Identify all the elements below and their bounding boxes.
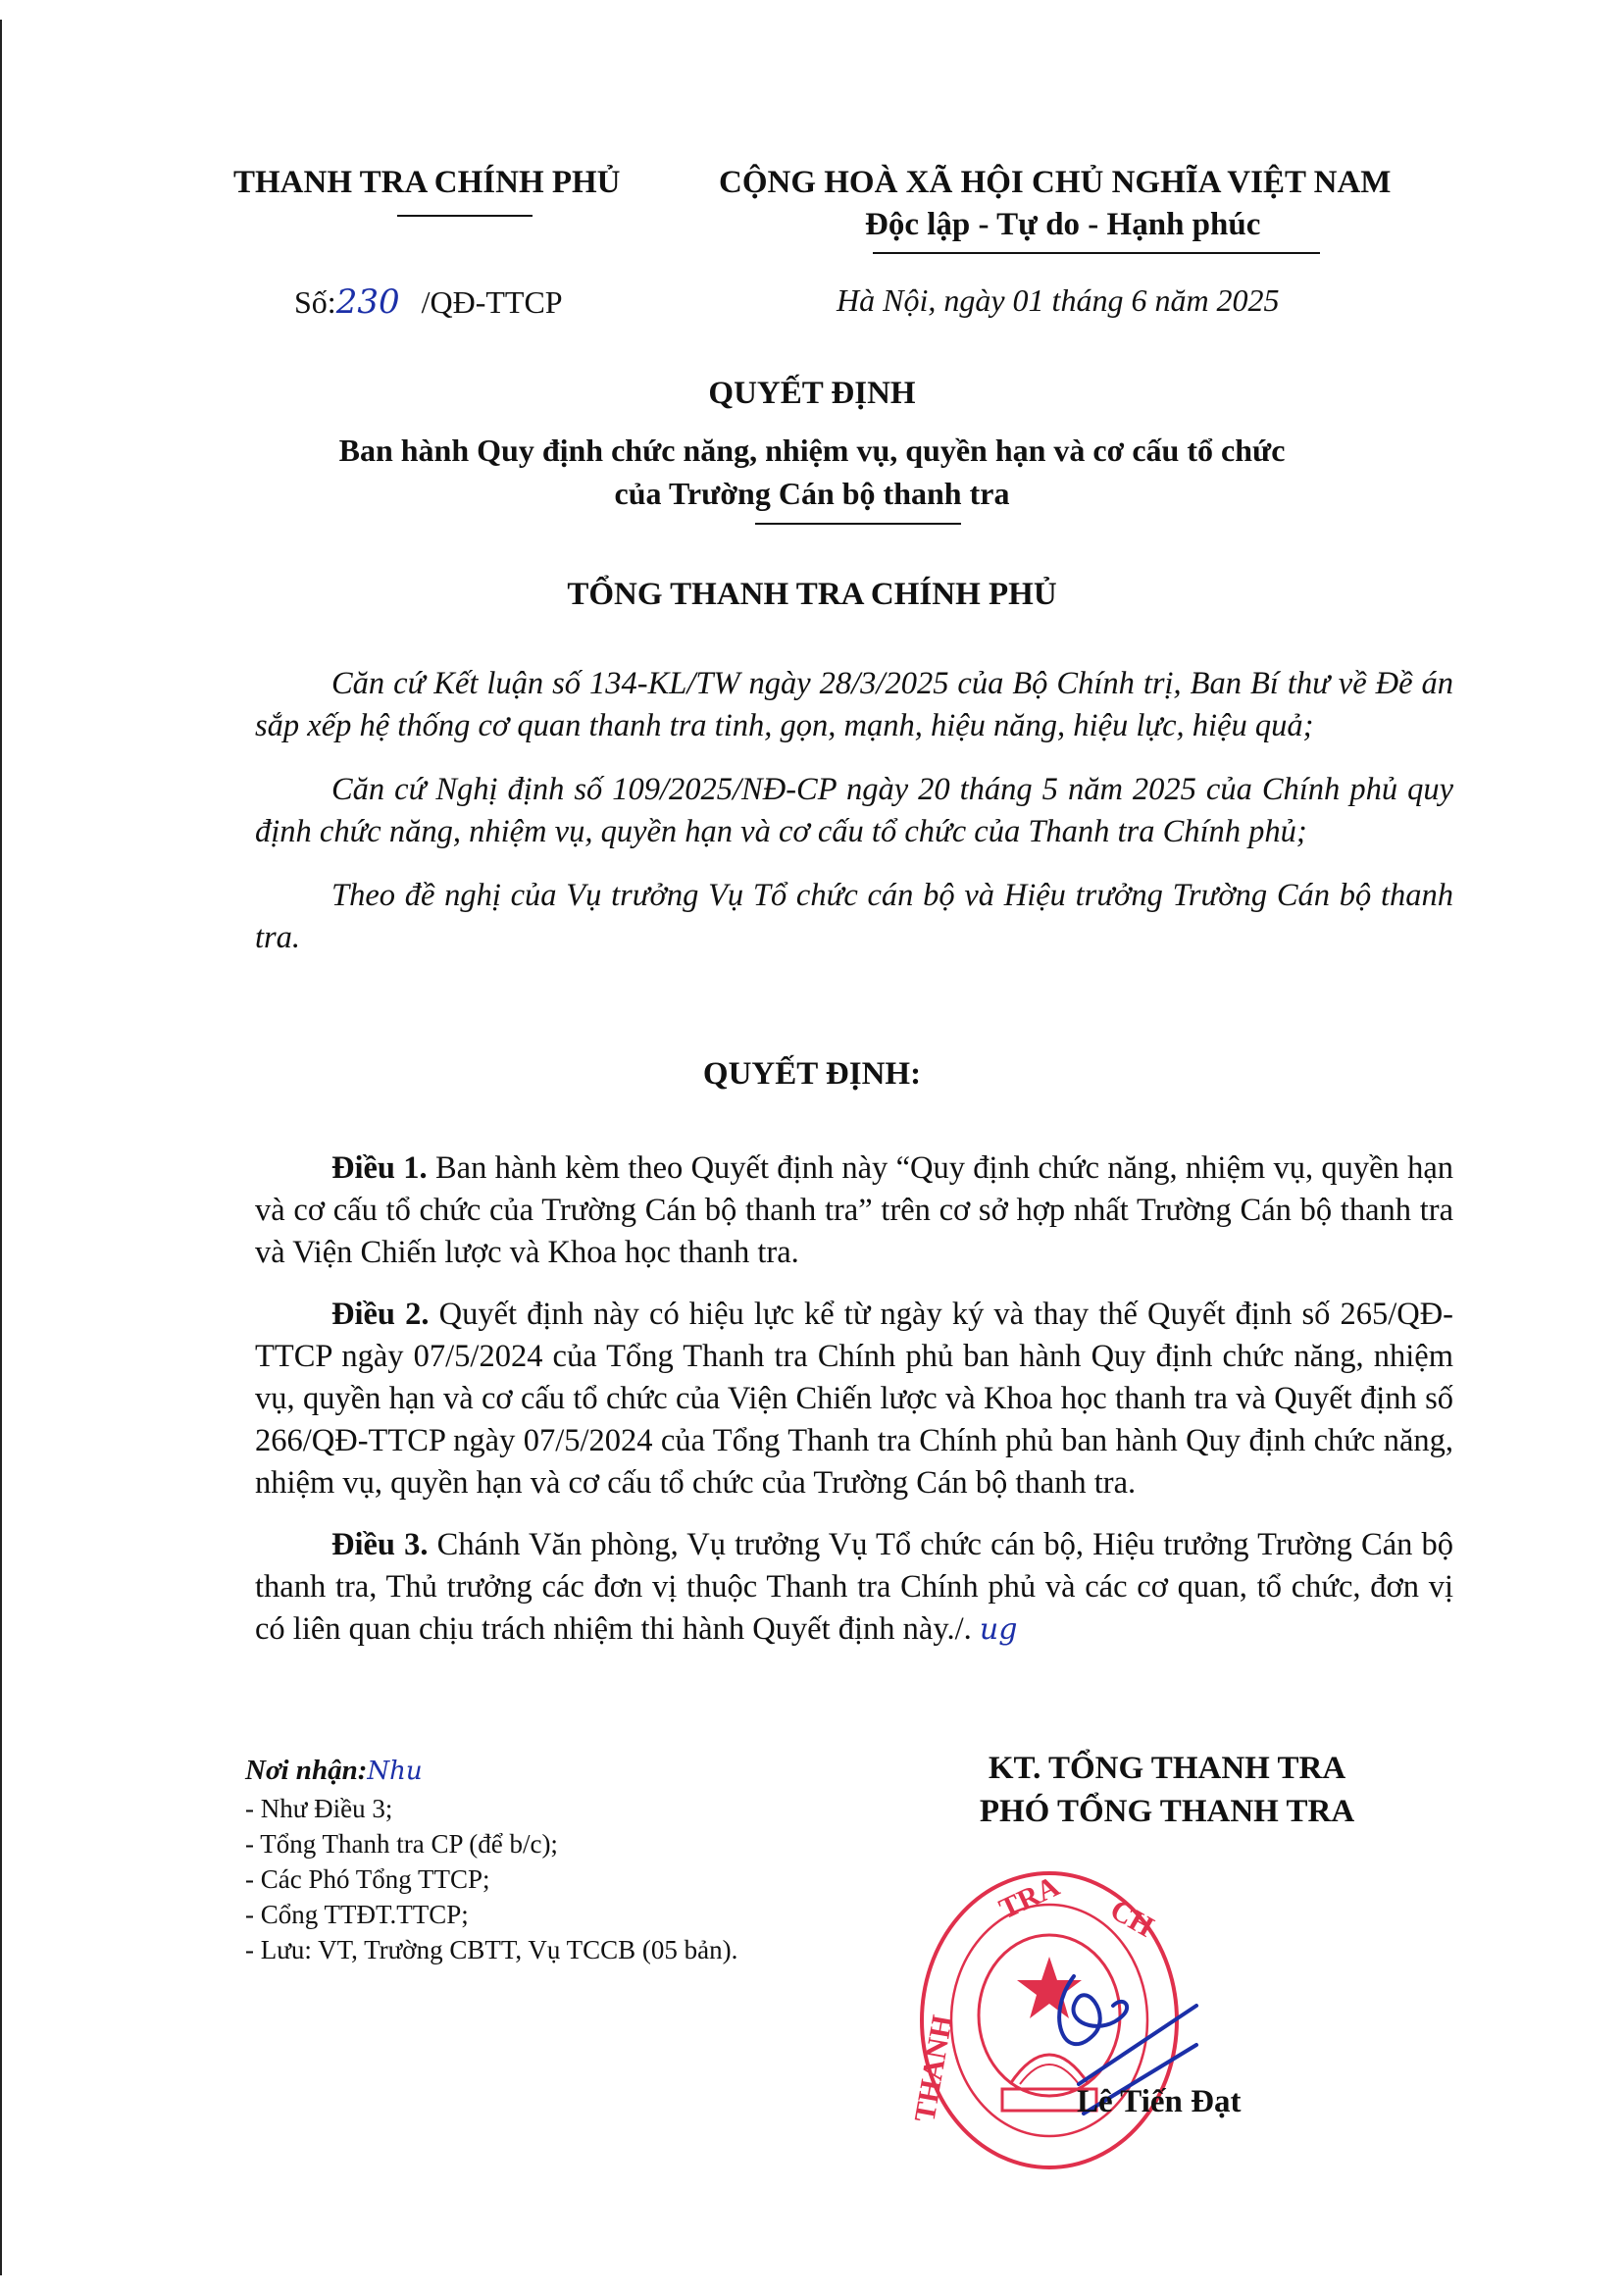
subject-underline	[755, 523, 961, 525]
recipient-item: - Các Phó Tổng TTCP;	[245, 1861, 737, 1897]
articles: Điều 1. Ban hành kèm theo Quyết định này…	[255, 1147, 1453, 1651]
number-handwritten: 230	[336, 282, 400, 322]
document-type: QUYẾT ĐỊNH	[0, 376, 1624, 412]
article-2-text: Quyết định này có hiệu lực kể từ ngày ký…	[255, 1297, 1453, 1501]
subject-line-2: của Trường Cán bộ thanh tra	[0, 476, 1624, 512]
agency-underline	[397, 215, 533, 217]
document-number: Số:230/QĐ-TTCP	[294, 282, 563, 322]
motto-underline	[873, 252, 1320, 254]
decides-heading: QUYẾT ĐỊNH:	[0, 1056, 1624, 1093]
subject-line-1: Ban hành Quy định chức năng, nhiệm vụ, q…	[0, 433, 1624, 469]
issuing-authority: TỔNG THANH TRA CHÍNH PHỦ	[0, 577, 1624, 613]
article-3-label: Điều 3.	[331, 1527, 429, 1562]
article-3-initials: ug	[980, 1612, 1018, 1647]
signer-name: Lê Tiến Đạt	[1077, 2084, 1241, 2120]
recipients-initials: Nhu	[367, 1757, 422, 1786]
article-2: Điều 2. Quyết định này có hiệu lực kể từ…	[255, 1294, 1453, 1504]
recipients-label: Nơi nhận:	[245, 1755, 367, 1786]
preamble-proposal: Theo đề nghị của Vụ trưởng Vụ Tổ chức cá…	[255, 875, 1453, 959]
place-date: Hà Nội, ngày 01 tháng 6 năm 2025	[837, 282, 1280, 319]
svg-text:THANH: THANH	[912, 2013, 959, 2124]
article-1: Điều 1. Ban hành kèm theo Quyết định này…	[255, 1147, 1453, 1274]
article-3-text: Chánh Văn phòng, Vụ trưởng Vụ Tổ chức cá…	[255, 1527, 1453, 1647]
preamble-basis-2: Căn cứ Nghị định số 109/2025/NĐ-CP ngày …	[255, 769, 1453, 853]
recipient-item: - Cổng TTĐT.TTCP;	[245, 1897, 737, 1932]
preamble-basis-1: Căn cứ Kết luận số 134-KL/TW ngày 28/3/2…	[255, 663, 1453, 747]
article-2-label: Điều 2.	[331, 1297, 429, 1332]
recipient-item: - Như Điều 3;	[245, 1791, 737, 1826]
article-3: Điều 3. Chánh Văn phòng, Vụ trưởng Vụ Tổ…	[255, 1524, 1453, 1651]
recipient-item: - Lưu: VT, Trường CBTT, Vụ TCCB (05 bản)…	[245, 1932, 737, 1967]
article-1-text: Ban hành kèm theo Quyết định này “Quy đị…	[255, 1150, 1453, 1270]
article-1-label: Điều 1.	[331, 1150, 428, 1186]
signer-capacity-1: KT. TỔNG THANH TRA	[941, 1751, 1393, 1787]
preamble: Căn cứ Kết luận số 134-KL/TW ngày 28/3/2…	[255, 663, 1453, 959]
svg-text:TRA: TRA	[994, 1870, 1065, 1926]
svg-text:CH: CH	[1105, 1893, 1159, 1943]
number-label: Số:	[294, 284, 336, 320]
national-title: CỘNG HOÀ XÃ HỘI CHỦ NGHĨA VIỆT NAM	[719, 165, 1391, 201]
official-seal-icon: THANH TRA CH	[912, 1859, 1206, 2182]
number-suffix: /QĐ-TTCP	[422, 284, 563, 320]
signer-capacity-2: PHÓ TỔNG THANH TRA	[941, 1794, 1393, 1830]
page-scan-edge	[0, 20, 2, 2275]
national-motto: Độc lập - Tự do - Hạnh phúc	[865, 207, 1260, 243]
recipients-block: Nơi nhận:Nhu - Như Điều 3; - Tổng Thanh …	[245, 1751, 737, 1967]
issuing-agency: THANH TRA CHÍNH PHỦ	[233, 165, 621, 201]
recipient-item: - Tổng Thanh tra CP (để b/c);	[245, 1826, 737, 1861]
